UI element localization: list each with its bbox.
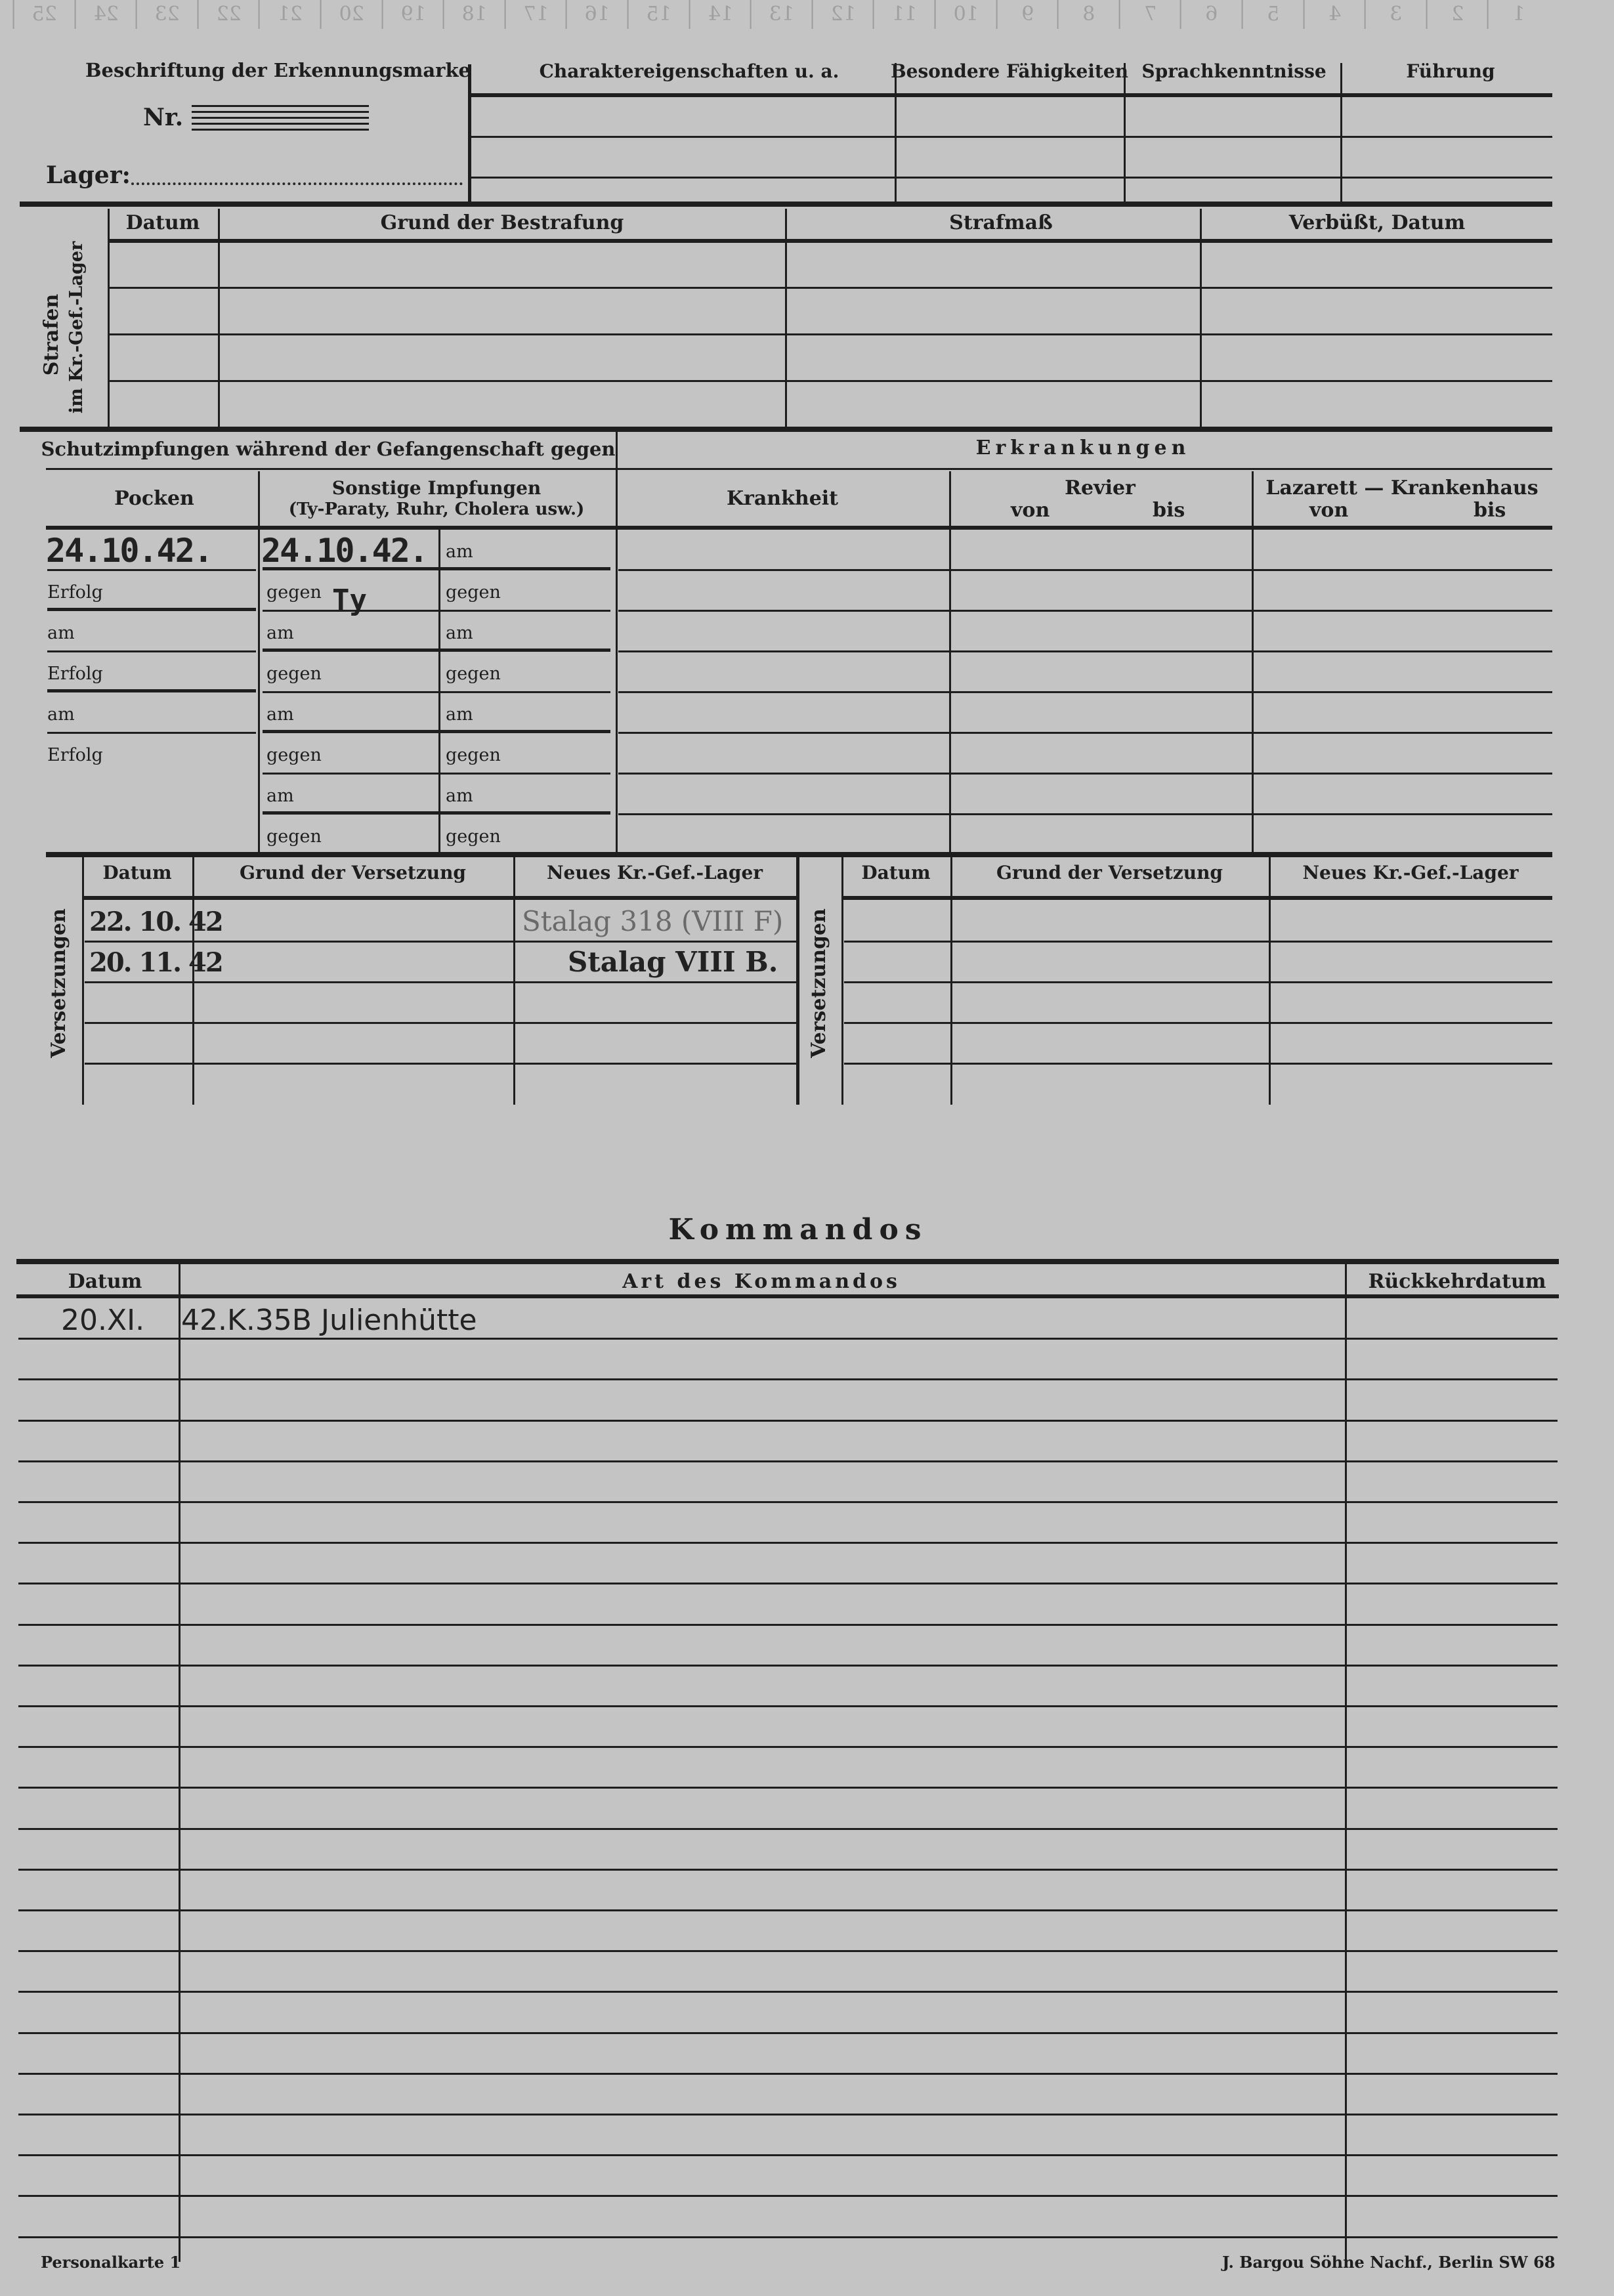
lazarett-field[interactable] [1254,692,1552,731]
kommando-rueckkehr-field[interactable] [1348,1788,1559,1827]
kommando-datum-field[interactable] [16,1502,177,1541]
lazarett-bis: bis [1474,499,1506,522]
strip-number: 12 [812,0,874,29]
lazarett-header: Lazarett — Krankenhaus [1265,477,1538,500]
kommando-datum-field[interactable] [16,1788,177,1827]
divider [796,855,799,1105]
kommando-art-field[interactable] [181,2115,1344,2154]
kommando-art-field[interactable] [181,1992,1344,2031]
lazarett-field[interactable] [1254,733,1552,772]
impfungen-title: Schutzimpfungen während der Gefangenscha… [41,438,615,460]
kommando-rueckkehr-field[interactable] [1348,1339,1559,1378]
sonstige-row-label: am [446,623,473,643]
sonstige-row-label: am [266,623,294,643]
strip-number: 24 [75,0,137,29]
strip-number: 2 [1426,0,1488,29]
sonstige-impfung-a-row[interactable]: gegen [261,733,437,774]
kommando-art-field[interactable] [181,1666,1344,1705]
kommando-datum-field[interactable] [16,1625,177,1664]
kommando-datum-field[interactable] [16,1584,177,1623]
strip-number: 16 [566,0,627,29]
faehigkeiten-field[interactable] [897,97,1124,202]
strip-number: 1 [1487,0,1549,29]
strip-number: 19 [382,0,444,29]
revier-field[interactable] [951,692,1252,731]
kommando-rueckkehr-field[interactable] [1348,1625,1559,1664]
row-rule [263,691,610,693]
lazarett-field[interactable] [1254,774,1552,813]
lager-stamp: Stalag 318 (VIII F) [522,905,783,937]
kommando-art-field[interactable] [181,2074,1344,2113]
kommandos-col-datum: Datum [68,1270,142,1293]
verbuesst-datum-field[interactable] [1202,243,1552,287]
strafe-datum-field[interactable] [109,243,218,287]
strafe-grund-field[interactable] [220,289,785,333]
kommando-rueckkehr-field[interactable] [1348,2115,1559,2154]
kommandos-col-art: Art des Kommandos [622,1270,901,1293]
versetzung-lager-field[interactable] [1271,1064,1552,1103]
kommando-art-field[interactable] [181,1625,1344,1664]
krankheit-field[interactable] [617,570,949,609]
col-sprachkenntnisse: Sprachkenntnisse [1141,60,1326,82]
lager-label: Lager: [46,161,131,189]
strafe-grund-field[interactable] [220,382,785,425]
kommando-rueckkehr-field[interactable] [1348,1502,1559,1541]
sonstige-header-2: (Ty-Paraty, Ruhr, Cholera usw.) [289,500,585,519]
strafe-datum-field[interactable] [109,289,218,333]
kommando-rueckkehr-field[interactable] [1348,1462,1559,1500]
krankheit-field[interactable] [617,530,949,568]
sonstige-row-label: gegen [266,745,322,765]
lazarett-field[interactable] [1254,611,1552,650]
kommando-art-field[interactable] [181,1870,1344,1909]
revier-bis: bis [1153,499,1185,522]
kommando-art-field[interactable] [181,1462,1344,1500]
kommando-datum-field[interactable] [16,2033,177,2072]
versetzung-lager-field[interactable]: Stalag VIII B. [515,942,796,981]
fuehrung-field[interactable] [1342,97,1552,202]
pocken-row[interactable]: am [46,692,257,733]
kommando-art-field[interactable] [181,1707,1344,1745]
versetzung-datum-field[interactable] [843,942,950,981]
form-name: Personalkarte 1 [41,2253,181,2272]
kommando-art-stamp: 42.K.35B Julienhütte [181,1304,477,1337]
sonstige-row-label: gegen [446,664,501,684]
revier-field[interactable] [951,530,1252,568]
kommando-datum-field[interactable] [16,1829,177,1868]
verbuesst-datum-field[interactable] [1202,382,1552,425]
versetzung-grund-field[interactable] [194,1064,513,1103]
row-rule [18,2236,1558,2238]
versetzungen-side-label-right: Versetzungen [806,904,832,1062]
versetzung-datum-field[interactable]: 22. 10. 42 [84,901,192,940]
sonstige-row-label: am [446,704,473,725]
sonstige-impfung-b-row[interactable]: am [440,530,615,570]
sonstige-impfung-a-row[interactable]: am [261,692,437,733]
strip-number: 15 [627,0,689,29]
lager-stamp: Stalag VIII B. [568,946,778,978]
kommando-rueckkehr-field[interactable] [1348,2156,1559,2194]
versetzung-datum-field[interactable] [84,1023,192,1062]
versetzung-right-col-0: Datum [861,862,930,883]
versetzung-grund-field[interactable] [952,942,1269,981]
row-rule [263,567,610,570]
strafe-grund-field[interactable] [220,243,785,287]
kommando-rueckkehr-field[interactable] [1348,1747,1559,1786]
row-rule [263,730,610,733]
sonstige-row-label: gegen [266,582,322,603]
lazarett-field[interactable] [1254,570,1552,609]
kommando-art-field[interactable] [181,1584,1344,1623]
revier-field[interactable] [951,570,1252,609]
sonstige-row-label: gegen [446,826,501,847]
kommando-rueckkehr-field[interactable] [1348,2033,1559,2072]
revier-field[interactable] [951,652,1252,691]
kommando-datum-field[interactable] [16,1992,177,2031]
rule [799,852,1552,857]
krankheit-field[interactable] [617,774,949,813]
kommando-rueckkehr-field[interactable] [1348,1421,1559,1460]
charakter-field[interactable] [471,97,895,202]
versetzung-grund-field[interactable] [952,901,1269,940]
kommando-rueckkehr-field[interactable] [1348,1298,1559,1337]
revier-field[interactable] [951,611,1252,650]
strafmass-field[interactable] [787,335,1200,380]
versetzung-grund-field[interactable] [194,983,513,1021]
kommando-datum-field[interactable] [16,1421,177,1460]
row-rule [263,811,610,815]
versetzung-left-col-2: Neues Kr.-Gef.-Lager [547,862,763,883]
revier-field[interactable] [951,774,1252,813]
row-rule [263,773,610,775]
rule [841,896,1552,900]
strip-number: 13 [750,0,812,29]
kommando-datum-field[interactable] [16,1339,177,1378]
versetzung-right-col-2: Neues Kr.-Gef.-Lager [1302,862,1518,883]
strafen-col-verbuesst: Verbüßt, Datum [1289,211,1466,234]
sonstige-impfung-b-row[interactable]: am [440,611,615,652]
strafen-side-label: Strafen im Kr.-Gef.-Lager [39,256,92,414]
lazarett-field[interactable] [1254,530,1552,568]
versetzung-lager-field[interactable] [515,983,796,1021]
sprachkenntnisse-field[interactable] [1126,97,1340,202]
kommandos-title: Kommandos [668,1213,927,1246]
pocken-date-stamp: 24.10.42. [46,532,212,570]
strip-number: 4 [1304,0,1365,29]
versetzung-lager-field[interactable]: Stalag 318 (VIII F) [515,901,796,940]
kommando-rueckkehr-field[interactable] [1348,1870,1559,1909]
sonstige-impfung-a-row[interactable]: gegenTy [261,570,437,611]
kommando-art-field[interactable] [181,1421,1344,1460]
strip-number: 3 [1365,0,1426,29]
versetzungen-side-label-left: Versetzungen [46,904,72,1062]
kommando-rueckkehr-field[interactable] [1348,2196,1559,2235]
erkennungsmarke-title: Beschriftung der Erkennungsmarke [85,59,471,81]
printer-imprint: J. Bargou Söhne Nachf., Berlin SW 68 [1222,2253,1556,2272]
pocken-row[interactable]: Erfolg [46,570,257,611]
revier-von: von [1011,499,1050,522]
strafmass-field[interactable] [787,243,1200,287]
versetzung-datum-field[interactable] [843,983,950,1021]
versetzung-grund-field[interactable] [952,1023,1269,1062]
versetzung-lager-field[interactable] [515,1023,796,1062]
kommando-rueckkehr-field[interactable] [1348,1666,1559,1705]
versetzung-datum-field[interactable] [843,1064,950,1103]
pocken-row[interactable]: Erfolg [46,733,257,774]
sonstige-row-label: am [446,786,473,806]
strip-number: 20 [320,0,382,29]
pocken-row-label: Erfolg [47,745,103,765]
strip-number: 25 [13,0,75,29]
sonstige-impfung-b-row[interactable]: gegen [440,733,615,774]
strafe-grund-field[interactable] [220,335,785,380]
sonstige-row-label: gegen [446,582,501,603]
kommando-rueckkehr-field[interactable] [1348,1992,1559,2031]
row-rule [263,610,610,612]
versetzung-datum-field[interactable] [84,1064,192,1103]
sonstige-impfung-b-row[interactable]: gegen [440,652,615,692]
kommando-rueckkehr-field[interactable] [1348,1543,1559,1582]
pocken-row[interactable]: am [46,611,257,652]
strafen-col-strafmass: Strafmaß [949,211,1053,234]
kommando-datum-field[interactable] [16,1747,177,1786]
strafen-col-grund: Grund der Bestrafung [381,211,624,234]
strip-number: 21 [259,0,320,29]
pocken-row-label: Erfolg [47,582,103,603]
pocken-row-label: am [47,623,75,643]
versetzung-left-col-0: Datum [102,862,171,883]
sonstige-header-1: Sonstige Impfungen [332,477,542,499]
verbuesst-datum-field[interactable] [1202,289,1552,333]
revier-field[interactable] [951,733,1252,772]
col-fuehrung: Führung [1406,60,1495,82]
strip-number: 17 [505,0,566,29]
kommando-datum-field[interactable] [16,2196,177,2235]
strafmass-field[interactable] [787,382,1200,425]
krankheit-field[interactable] [617,733,949,772]
kommando-datum-field[interactable] [16,1870,177,1909]
strafen-col-datum: Datum [126,211,200,234]
pocken-header: Pocken [114,487,194,510]
sonstige-date-stamp: 24.10.42. [261,532,427,570]
lager-field[interactable] [131,182,463,185]
revier-header: Revier [1065,477,1136,500]
kommando-rueckkehr-field[interactable] [1348,1829,1559,1868]
kommando-rueckkehr-field[interactable] [1348,1380,1559,1418]
kommando-art-field[interactable] [181,1747,1344,1786]
col-besondere-faehigkeiten: Besondere Fähigkeiten [891,60,1128,82]
kommando-datum-field[interactable] [16,1666,177,1705]
strip-number: 11 [873,0,935,29]
versetzung-lager-field[interactable] [1271,1023,1552,1062]
strip-number: 18 [443,0,505,29]
versetzung-datum-field[interactable]: 20. 11. 42 [84,942,192,981]
versetzung-lager-field[interactable] [515,1064,796,1103]
krankheit-field[interactable] [617,815,949,853]
kommando-art-field[interactable] [181,2196,1344,2235]
versetzung-grund-field[interactable] [952,1064,1269,1103]
versetzung-datum-field[interactable] [843,901,950,940]
kommando-art-field[interactable] [181,1911,1344,1949]
sonstige-row-label: gegen [446,745,501,765]
row-rule [263,648,610,652]
krankheit-header: Krankheit [727,487,838,510]
versetzung-lager-field[interactable] [1271,942,1552,981]
strip-number: 14 [689,0,751,29]
sonstige-impfung-a-row[interactable]: gegen [261,652,437,692]
kommando-datum-field[interactable] [16,1707,177,1745]
versetzung-datum-field[interactable] [843,1023,950,1062]
versetzung-grund-field[interactable] [194,1023,513,1062]
top-number-strip: 2524232221201918171615141312111098765432… [0,0,1614,30]
versetzung-grund-field[interactable] [952,983,1269,1021]
sonstige-row-label: am [266,704,294,725]
kommando-art-field[interactable] [181,1339,1344,1378]
sonstige-impfung-b-row[interactable]: am [440,774,615,815]
kommando-rueckkehr-field[interactable] [1348,2074,1559,2113]
kommando-art-field[interactable] [181,2033,1344,2072]
kommando-rueckkehr-field[interactable] [1348,1584,1559,1623]
strafe-datum-field[interactable] [109,335,218,380]
kommando-datum-field[interactable] [16,1380,177,1418]
kommando-datum-field[interactable] [16,1951,177,1990]
kommando-datum-field[interactable] [16,1543,177,1582]
versetzung-grund-field[interactable] [194,901,513,940]
strafmass-field[interactable] [787,289,1200,333]
krankheit-field[interactable] [617,611,949,650]
kommando-art-field[interactable] [181,1380,1344,1418]
lazarett-von: von [1309,499,1348,522]
kommando-datum-field[interactable] [16,2115,177,2154]
sonstige-impfung-a-row[interactable]: am [261,611,437,652]
strip-number: 22 [198,0,259,29]
kommando-art-field[interactable] [181,1951,1344,1990]
versetzung-lager-field[interactable] [1271,983,1552,1021]
sonstige-impfung-a-row[interactable]: am [261,774,437,815]
erkrankungen-title: Erkrankungen [976,436,1191,459]
kommando-art-field[interactable] [181,1502,1344,1541]
pocken-row-label: am [47,704,75,725]
verbuesst-datum-field[interactable] [1202,335,1552,380]
strip-number: 7 [1119,0,1181,29]
kommando-datum-field[interactable]: 20.XI. [16,1298,177,1337]
nr-field[interactable] [192,105,369,131]
krankheit-field[interactable] [617,692,949,731]
kommando-datum-field[interactable] [16,2074,177,2113]
rule [82,896,796,900]
versetzung-datum-field[interactable] [84,983,192,1021]
versetzung-grund-field[interactable] [194,942,513,981]
sonstige-impfung-b-row[interactable]: gegen [440,815,615,855]
kommando-art-field[interactable] [181,1788,1344,1827]
sonstige-impfung-b-row[interactable]: am [440,692,615,733]
strip-number: 5 [1242,0,1304,29]
sonstige-impfung-a-row[interactable]: 24.10.42. [261,530,437,570]
strafe-datum-field[interactable] [109,382,218,425]
kommando-date-stamp: 20.XI. [61,1304,144,1337]
strafen-side-label-2: im Kr.-Gef.-Lager [64,256,89,414]
kommando-art-field[interactable] [181,1543,1344,1582]
versetzung-lager-field[interactable] [1271,901,1552,940]
kommando-rueckkehr-field[interactable] [1348,1911,1559,1949]
col-charaktereigenschaften: Charaktereigenschaften u. a. [540,60,839,82]
krankheit-field[interactable] [617,652,949,691]
pocken-row-label: Erfolg [47,664,103,684]
pocken-row[interactable]: 24.10.42. [46,530,257,570]
sonstige-row-label: gegen [266,664,322,684]
strip-number: 10 [935,0,996,29]
rule [46,852,796,857]
strafen-side-label-1: Strafen [39,256,64,414]
strip-number: 6 [1180,0,1242,29]
kommando-art-field[interactable] [181,1829,1344,1868]
kommando-rueckkehr-field[interactable] [1348,1707,1559,1745]
kommandos-col-rueckkehr: Rückkehrdatum [1368,1270,1546,1293]
strip-number: 23 [136,0,198,29]
kommando-art-field[interactable]: 42.K.35B Julienhütte [181,1298,1344,1337]
versetzung-right-col-1: Grund der Versetzung [996,862,1223,883]
sonstige-row-label: am [446,542,473,562]
sonstige-row-label: am [266,786,294,806]
versetzung-left-col-1: Grund der Versetzung [240,862,466,883]
lazarett-field[interactable] [1254,652,1552,691]
strip-number: 9 [996,0,1058,29]
kommando-art-field[interactable] [181,2156,1344,2194]
kommando-datum-field[interactable] [16,1911,177,1949]
lazarett-field[interactable] [1254,815,1552,853]
revier-field[interactable] [951,815,1252,853]
strip-number: 8 [1057,0,1119,29]
sonstige-impfung-a-row[interactable]: gegen [261,815,437,855]
kommando-datum-field[interactable] [16,2156,177,2194]
pocken-row[interactable]: Erfolg [46,652,257,692]
kommando-datum-field[interactable] [16,1462,177,1500]
kommando-rueckkehr-field[interactable] [1348,1951,1559,1990]
sonstige-impfung-b-row[interactable]: gegen [440,570,615,611]
sonstige-row-label: gegen [266,826,322,847]
nr-label: Nr. [143,104,183,131]
